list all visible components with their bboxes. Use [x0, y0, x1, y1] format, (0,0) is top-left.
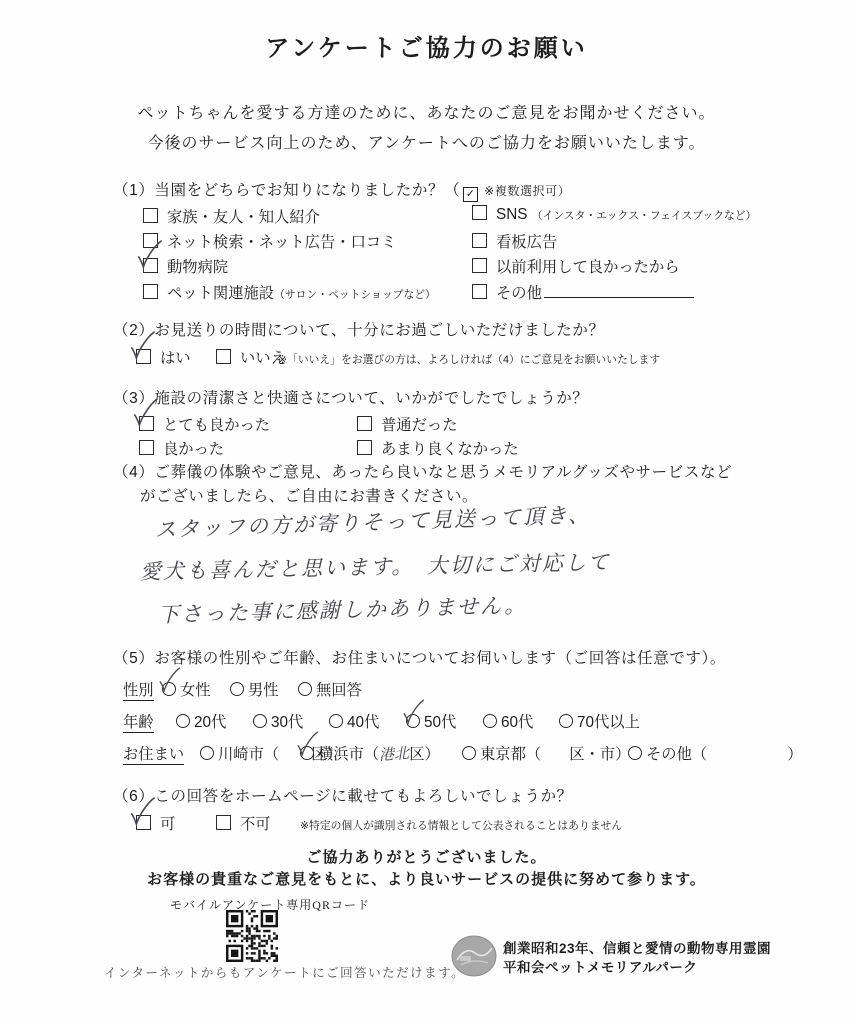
option-allowed: 可 [136, 812, 175, 834]
gender-option-noanswer: 無回答 [298, 678, 362, 700]
option-label-suffix: 区・市） [569, 746, 630, 763]
radio-circle-icon [462, 746, 476, 760]
option-label: SNS [496, 206, 527, 223]
question-3-heading: （3）施設の清潔さと快適さについて、いかがでしたでしょうか？ [113, 386, 589, 408]
company-logo [451, 935, 497, 982]
option-label: その他（ [646, 746, 707, 763]
radio-circle-icon [329, 714, 343, 728]
option-label: 看板広告 [496, 234, 557, 251]
option-label: 普通だった [381, 417, 458, 434]
company-name: 平和会ペットメモリアルパーク [503, 958, 771, 977]
page-title: アンケートご協力のお願い [0, 28, 853, 63]
residence-label: お住まい [123, 746, 184, 765]
checkbox-unchecked-icon [143, 284, 158, 299]
age-option-40s: 40代 [329, 710, 379, 732]
residence-option-other: その他（） [628, 742, 803, 764]
radio-checked-icon [300, 746, 314, 760]
radio-checked-icon [162, 682, 176, 696]
question-2-heading: （2）お見送りの時間について、十分にお過ごしいただけましたか？ [113, 318, 605, 340]
age-option-70s-plus: 70代以上 [559, 710, 640, 732]
handwritten-check-icon [157, 666, 181, 696]
option-net-search: ネット検索・ネット広告・口コミ [143, 230, 396, 252]
radio-circle-icon [200, 746, 214, 760]
option-label: 以前利用して良かったから [496, 259, 680, 276]
option-family-referral: 家族・友人・知人紹介 [143, 205, 320, 227]
option-no: いいえ [216, 346, 286, 368]
option-label: ネット検索・ネット広告・口コミ [167, 234, 396, 251]
radio-circle-icon [628, 746, 642, 760]
blank-write-in-line [544, 284, 694, 298]
checkbox-checked-icon [136, 349, 151, 364]
checkbox-unchecked-icon [143, 208, 158, 223]
checkbox-checked-icon [136, 815, 151, 830]
option-not-allowed: 不可 [216, 812, 271, 834]
option-animal-hospital: 動物病院 [143, 255, 228, 277]
question-4-heading-line2: がございましたら、ご自由にお書きください。 [140, 484, 478, 506]
thanks-line-1: ご協力ありがとうございました。 [0, 846, 853, 867]
option-signboard-ad: 看板広告 [472, 230, 557, 252]
checked-checkbox-glyph: ✓ [463, 187, 478, 202]
option-label: 動物病院 [167, 259, 228, 276]
radio-circle-icon [230, 682, 244, 696]
intro-line-2: 今後のサービス向上のため、アンケートへのご協力をお願いいたします。 [0, 129, 853, 159]
checkbox-unchecked-icon [472, 205, 487, 220]
question-1-text: （1）当園をどちらでお知りになりましたか？（ [113, 182, 460, 199]
qr-caption: インターネットからもアンケートにご回答いただけます。 [104, 963, 465, 981]
option-label: 20代 [194, 714, 226, 731]
option-label: 40代 [347, 714, 379, 731]
option-yes: はい [136, 346, 191, 368]
company-logo-icon [451, 935, 497, 977]
option-label: 不可 [240, 816, 271, 833]
option-sublabel: （サロン・ペットショップなど） [274, 289, 436, 301]
option-average: 普通だった [357, 413, 458, 435]
handwritten-check-icon [128, 331, 156, 363]
checkbox-checked-icon [143, 258, 158, 273]
option-label: 川崎市（ [218, 746, 279, 763]
handwritten-check-icon [128, 797, 156, 829]
age-option-60s: 60代 [483, 710, 533, 732]
handwritten-check-icon [131, 398, 159, 430]
question-1-heading: （1）当園をどちらでお知りになりましたか？（✓※複数選択可） [113, 178, 570, 202]
option-not-good: あまり良くなかった [357, 437, 519, 459]
handwritten-check-icon [401, 698, 425, 728]
option-label: その他 [496, 285, 542, 302]
handwritten-check-icon [295, 730, 319, 760]
age-option-30s: 30代 [253, 710, 303, 732]
radio-circle-icon [483, 714, 497, 728]
option-label: 男性 [248, 682, 279, 699]
option-label: あまり良くなかった [381, 441, 519, 458]
option-sns: SNS （インスタ・エックス・フェイスブックなど） [472, 205, 756, 224]
handwritten-comment-line3: 下さった事に感謝しかありません。 [158, 589, 528, 629]
checkbox-unchecked-icon [357, 440, 372, 455]
option-label: 東京都（ [480, 746, 541, 763]
option-label: 女性 [180, 682, 211, 699]
option-label: はい [160, 350, 191, 367]
checkbox-unchecked-icon [472, 258, 487, 273]
option-label: とても良かった [163, 417, 270, 434]
scanned-survey-page: アンケートご協力のお願い ペットちゃんを愛する方達のために、あなたのご意見をお聞… [0, 0, 853, 1024]
checkbox-unchecked-icon [139, 440, 154, 455]
option-label: 家族・友人・知人紹介 [167, 209, 320, 226]
question-5-heading: （5）お客様の性別やご年齢、お住まいについてお伺いします（ご回答は任意です）。 [113, 646, 726, 668]
option-pet-facility: ペット関連施設（サロン・ペットショップなど） [143, 281, 436, 303]
option-label: 70代以上 [577, 714, 640, 731]
company-tagline: 創業昭和23年、信頼と愛情の動物専用霊園 [503, 939, 771, 958]
gender-option-female: 女性 [162, 678, 211, 700]
residence-row: お住まい [123, 742, 184, 764]
option-label: 30代 [271, 714, 303, 731]
option-sublabel: （インスタ・エックス・フェイスブックなど） [532, 210, 757, 222]
handwritten-ward-name: 港北 [379, 742, 410, 765]
option-label-suffix: 区） [409, 746, 440, 763]
radio-checked-icon [406, 714, 420, 728]
checkbox-unchecked-icon [472, 284, 487, 299]
age-option-20s: 20代 [176, 710, 226, 732]
question-1-note: ※複数選択可） [484, 184, 570, 198]
option-label-suffix: ） [787, 746, 802, 763]
radio-circle-icon [298, 682, 312, 696]
option-label: 無回答 [316, 682, 362, 699]
checkbox-unchecked-icon [216, 815, 231, 830]
thanks-line-2: お客様の貴重なご意見をもとに、より良いサービスの提供に努めて参ります。 [0, 868, 853, 889]
question-2-note: ※「いいえ」をお選びの方は、よろしければ（4）にご意見をお願いいたします [278, 352, 660, 367]
checkbox-unchecked-icon [472, 233, 487, 248]
checkbox-unchecked-icon [357, 416, 372, 431]
checkbox-checked-icon [139, 416, 154, 431]
company-info: 創業昭和23年、信頼と愛情の動物専用霊園 平和会ペットメモリアルパーク [503, 939, 771, 977]
radio-circle-icon [176, 714, 190, 728]
option-label: 60代 [501, 714, 533, 731]
intro-line-1: ペットちゃんを愛する方達のために、あなたのご意見をお聞かせください。 [0, 99, 853, 129]
option-label: ペット関連施設 [167, 285, 274, 302]
gender-option-male: 男性 [230, 678, 279, 700]
handwritten-check-icon [135, 240, 163, 272]
checkbox-unchecked-icon [216, 349, 231, 364]
option-other: その他 [472, 281, 694, 303]
option-used-before: 以前利用して良かったから [472, 255, 680, 277]
handwritten-comment-line2: 愛犬も喜んだと思います。 大切にご対応して [140, 546, 611, 586]
gender-label: 性別 [123, 682, 154, 701]
option-good: 良かった [139, 437, 224, 459]
residence-option-yokohama: 横浜市（港北区） [300, 742, 440, 764]
option-label: 50代 [424, 714, 456, 731]
age-option-50s: 50代 [406, 710, 456, 732]
radio-circle-icon [253, 714, 267, 728]
qr-code-image [226, 910, 278, 962]
age-label: 年齢 [123, 714, 154, 733]
gender-row: 性別 [123, 678, 154, 700]
question-4-heading-line1: （4）ご葬儀の体験やご意見、あったら良いなと思うメモリアルグッズやサービスなど [113, 460, 732, 482]
question-6-note: ※特定の個人が識別される情報として公表されることはありません [300, 818, 622, 833]
age-row: 年齢 [123, 710, 154, 732]
option-label: 良かった [163, 441, 224, 458]
question-6-heading: （6）この回答をホームページに載せてもよろしいでしょうか？ [113, 784, 573, 806]
residence-option-tokyo: 東京都（区・市） [462, 742, 630, 764]
option-label: 横浜市（ [318, 746, 379, 763]
intro-text: ペットちゃんを愛する方達のために、あなたのご意見をお聞かせください。 今後のサー… [0, 99, 853, 159]
option-very-good: とても良かった [139, 413, 270, 435]
option-label: 可 [160, 816, 175, 833]
radio-circle-icon [559, 714, 573, 728]
